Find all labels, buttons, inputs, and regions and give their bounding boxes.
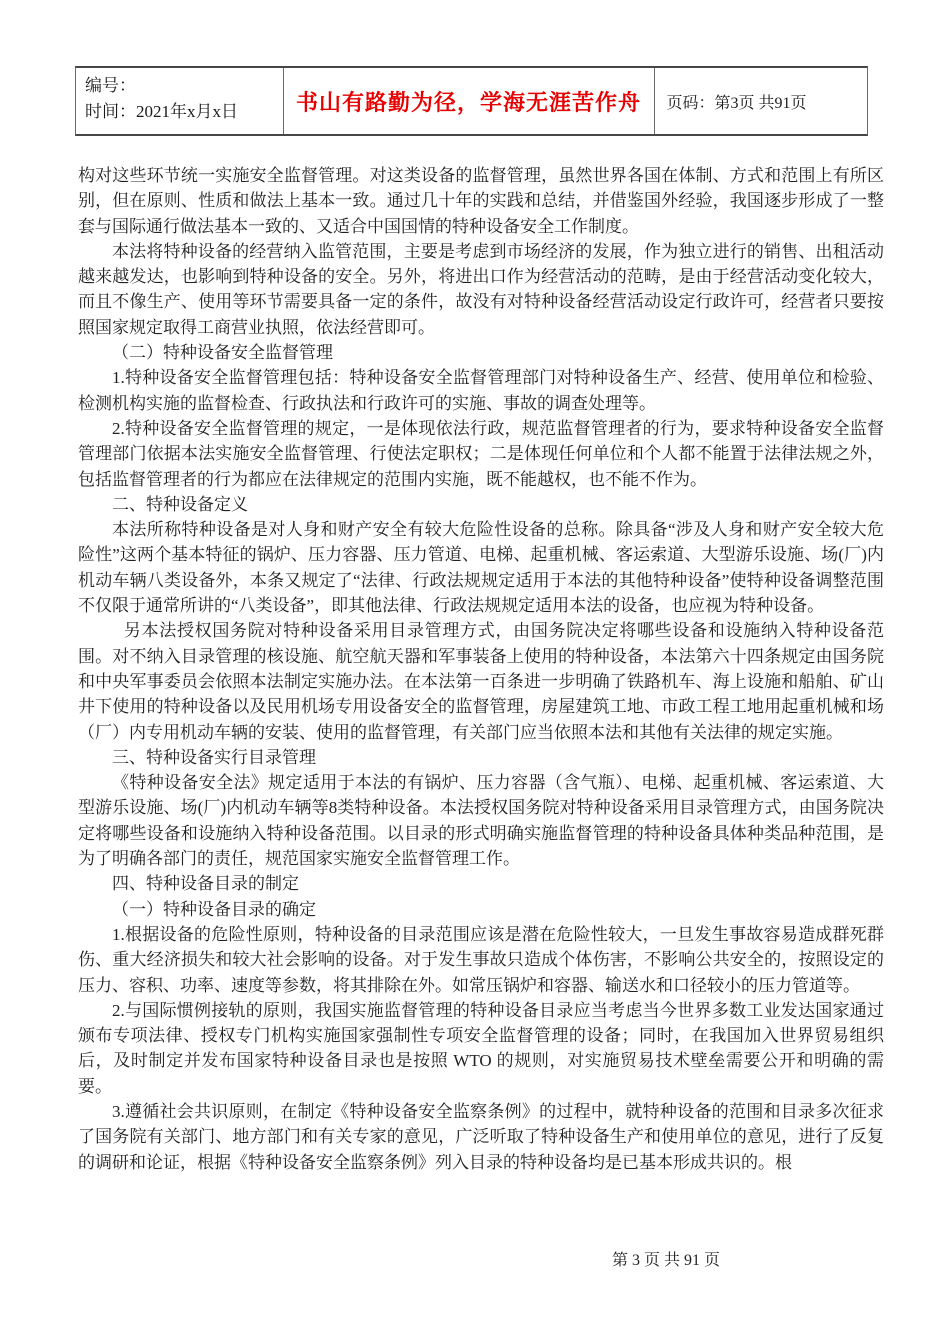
paragraph: 本法将特种设备的经营纳入监管范围，主要是考虑到市场经济的发展，作为独立进行的销售… (78, 239, 884, 340)
doc-number-label: 编号： (85, 73, 277, 99)
paragraph: 另本法授权国务院对特种设备采用目录管理方式，由国务院决定将哪些设备和设施纳入特种… (78, 618, 884, 744)
heading-part-2: 二、特种设备定义 (78, 492, 884, 517)
header-meta-cell: 编号： 时间：2021年x月x日 (76, 68, 283, 134)
page-footer: 第 3 页 共 91 页 (612, 1247, 720, 1270)
footer-page-indicator: 第 3 页 共 91 页 (612, 1252, 720, 1269)
header-page-cell: 页码：第3页 共91页 (655, 68, 867, 134)
motto-text: 书山有路勤为径，学海无涯苦作舟 (296, 86, 641, 117)
document-body: 构对这些环节统一实施安全监督管理。对这类设备的监督管理，虽然世界各国在体制、方式… (78, 163, 884, 1258)
heading-section-1: （一）特种设备目录的确定 (78, 897, 884, 922)
header-motto-cell: 书山有路勤为径，学海无涯苦作舟 (283, 68, 655, 134)
heading-part-4: 四、特种设备目录的制定 (78, 871, 884, 896)
doc-date-label: 时间：2021年x月x日 (85, 99, 277, 125)
page-header: 编号： 时间：2021年x月x日 书山有路勤为径，学海无涯苦作舟 页码：第3页 … (75, 66, 868, 136)
paragraph-item-3: 3.遵循社会共识原则，在制定《特种设备安全监察条例》的过程中，就特种设备的范围和… (78, 1099, 884, 1175)
paragraph: 《特种设备安全法》规定适用于本法的有锅炉、压力容器（含气瓶）、电梯、起重机械、客… (78, 770, 884, 871)
paragraph-item-2: 2.特种设备安全监督管理的规定，一是体现依法行政，规范监督管理者的行为，要求特种… (78, 416, 884, 492)
heading-part-3: 三、特种设备实行目录管理 (78, 745, 884, 770)
paragraph-item-2: 2.与国际惯例接轨的原则，我国实施监督管理的特种设备目录应当考虑当今世界多数工业… (78, 998, 884, 1099)
paragraph-continuation: 构对这些环节统一实施安全监督管理。对这类设备的监督管理，虽然世界各国在体制、方式… (78, 163, 884, 239)
document-page: 编号： 时间：2021年x月x日 书山有路勤为径，学海无涯苦作舟 页码：第3页 … (0, 0, 950, 1344)
paragraph-item-1: 1.根据设备的危险性原则，特种设备的目录范围应该是潜在危险性较大，一旦发生事故容… (78, 922, 884, 998)
page-number-label: 页码：第3页 共91页 (667, 90, 807, 113)
paragraph-item-1: 1.特种设备安全监督管理包括：特种设备安全监督管理部门对特种设备生产、经营、使用… (78, 365, 884, 416)
paragraph: 本法所称特种设备是对人身和财产安全有较大危险性设备的总称。除具备“涉及人身和财产… (78, 517, 884, 618)
heading-section-2: （二）特种设备安全监督管理 (78, 340, 884, 365)
